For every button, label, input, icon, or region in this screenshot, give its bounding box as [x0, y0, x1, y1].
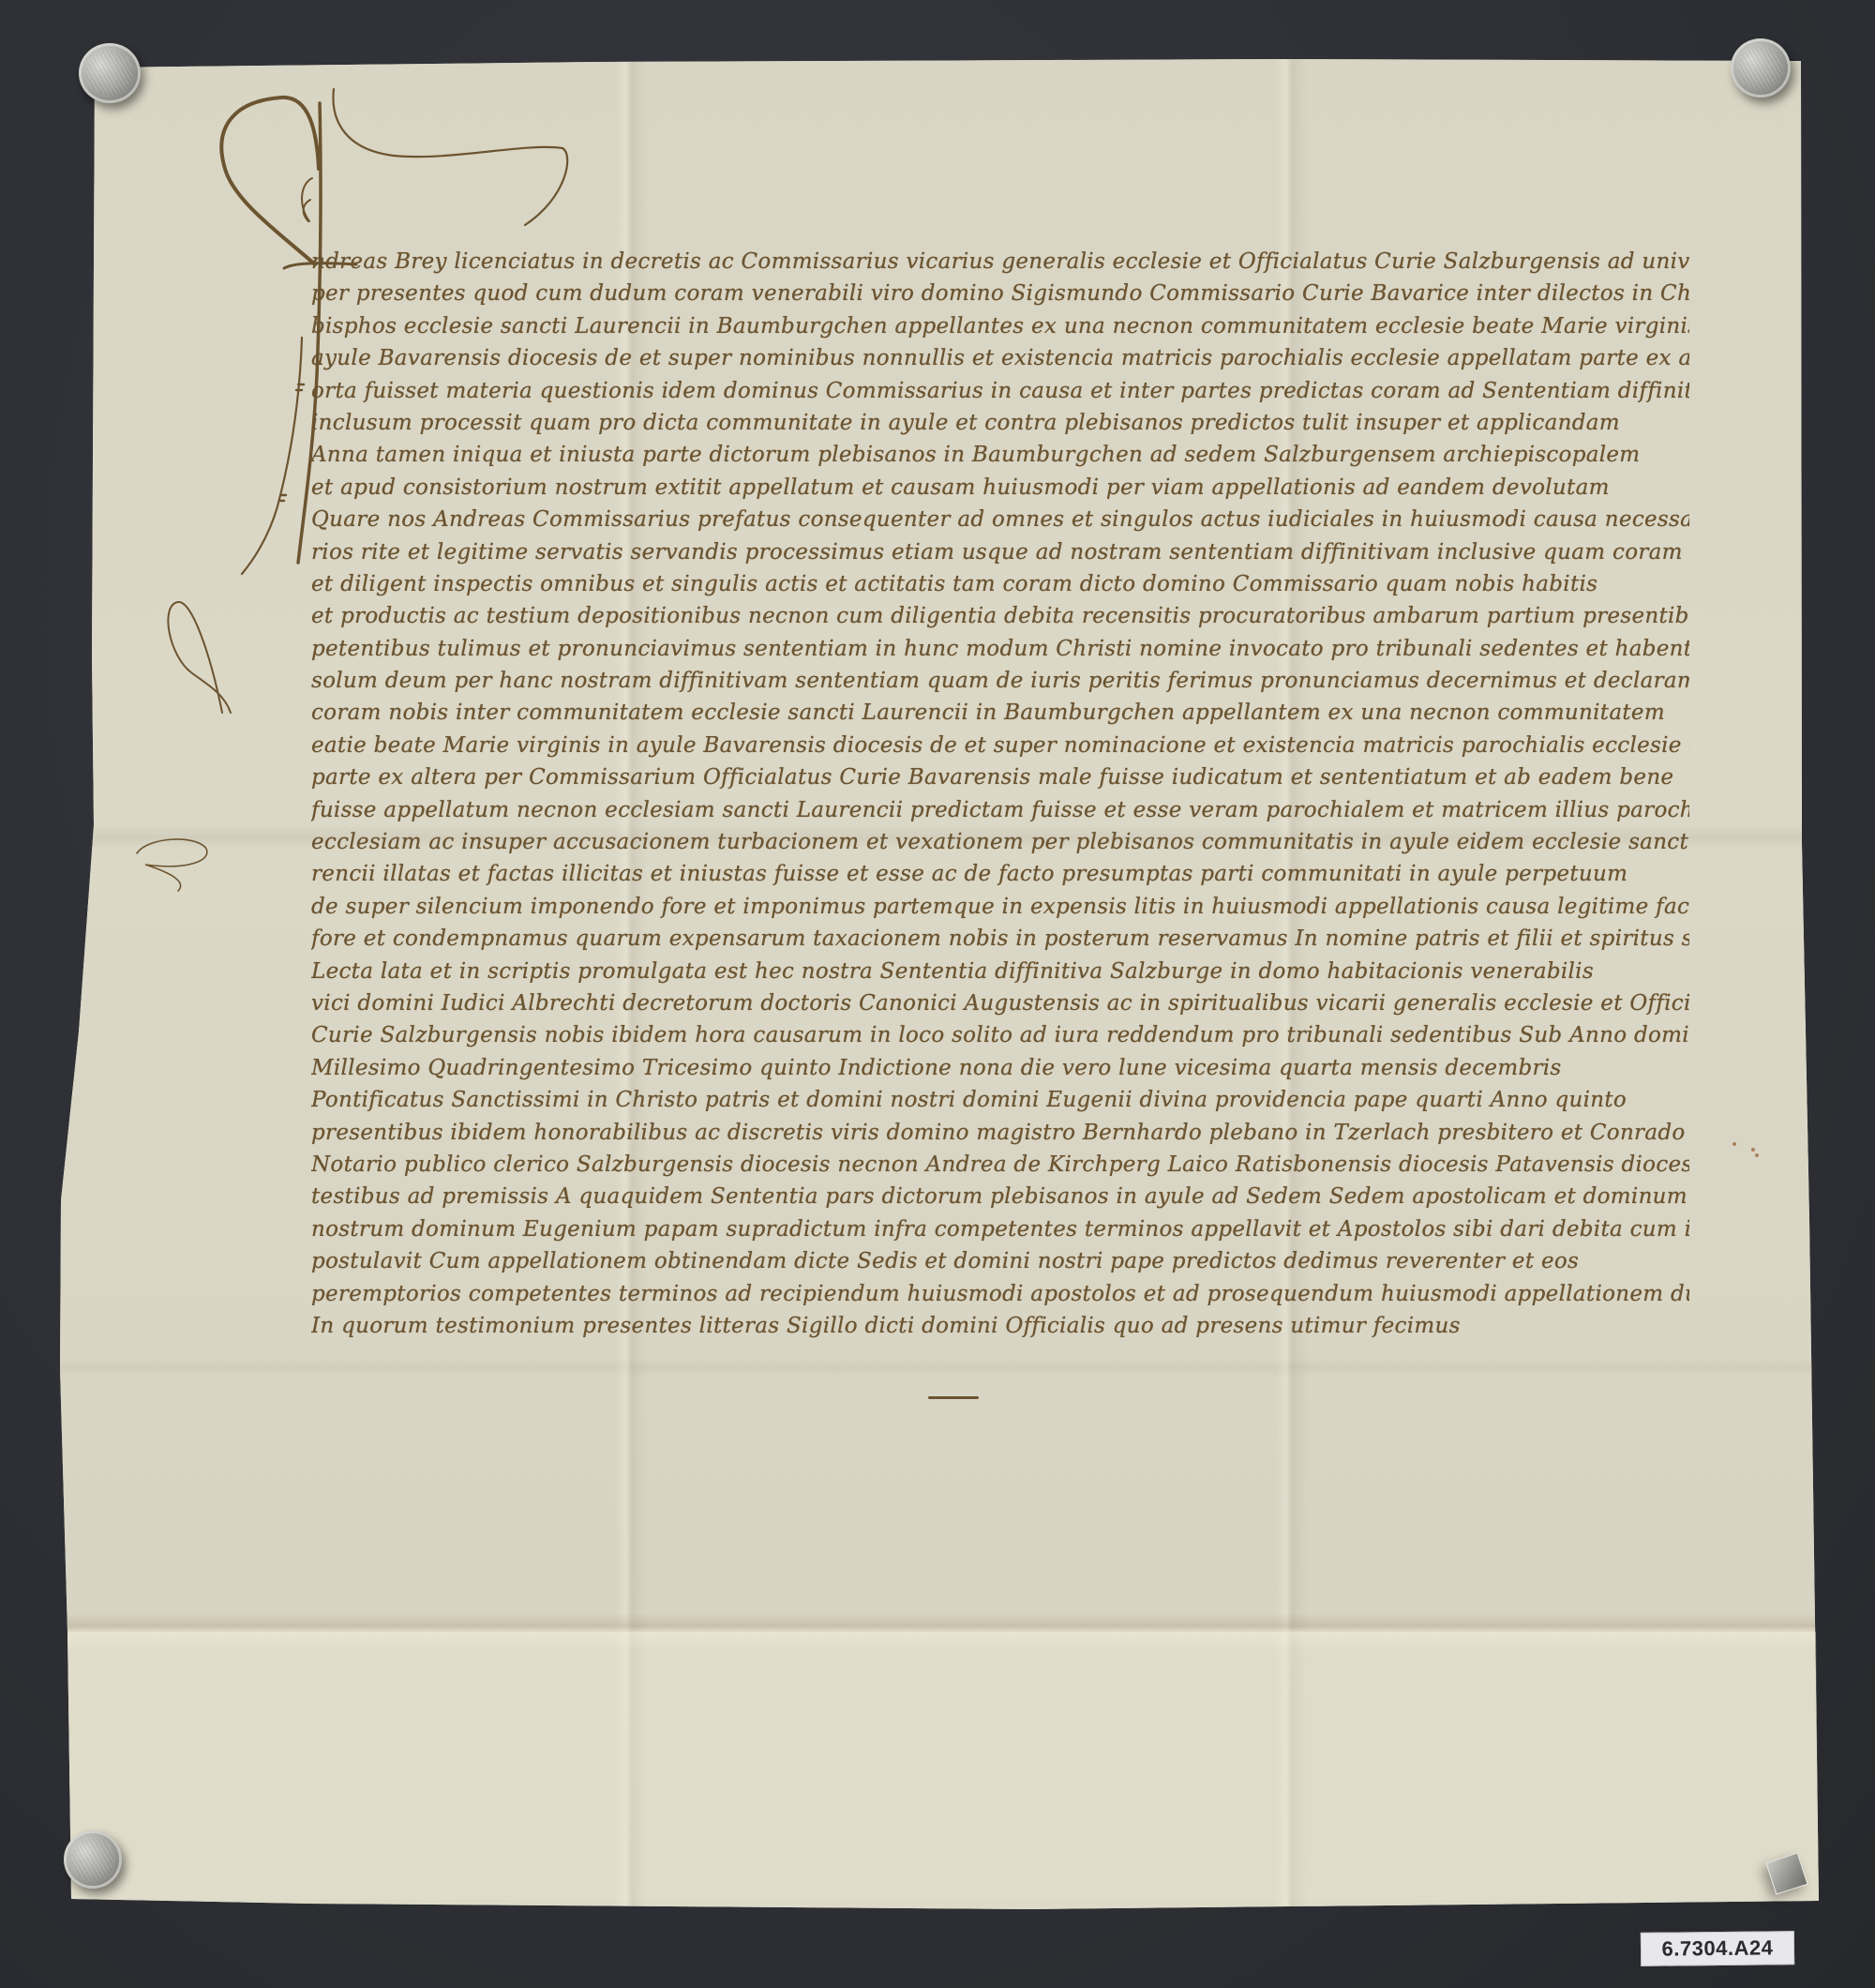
text-line: nostrum dominum Eugenium papam supradict… — [311, 1213, 1689, 1245]
text-line: postulavit Cum appellationem obtinendam … — [311, 1245, 1689, 1277]
rust-spot — [1751, 1148, 1755, 1152]
mounting-magnet-top-left — [79, 43, 141, 103]
text-line: eatie beate Marie virginis in ayule Bava… — [311, 730, 1689, 761]
text-line: Notario publico clerico Salzburgensis di… — [311, 1149, 1689, 1181]
folded-lower-flap — [0, 1632, 1875, 1913]
text-line: Curie Salzburgensis nobis ibidem hora ca… — [311, 1019, 1689, 1051]
text-line: rencii illatas et factas illicitas et in… — [311, 858, 1689, 890]
text-line: inclusum processit quam pro dicta commun… — [311, 407, 1689, 439]
text-line: coram nobis inter communitatem ecclesie … — [311, 697, 1689, 729]
rust-spot — [1732, 1142, 1736, 1146]
text-line: Millesimo Quadringentesimo Tricesimo qui… — [311, 1052, 1689, 1084]
text-line: ndreas Brey licenciatus in decretis ac C… — [311, 246, 1689, 278]
text-line: Anna tamen iniqua et iniusta parte dicto… — [311, 439, 1689, 471]
mounting-magnet-top-right — [1731, 38, 1791, 98]
text-line: bisphos ecclesie sancti Laurencii in Bau… — [311, 310, 1689, 342]
text-line: testibus ad premissis A quaquidem Senten… — [311, 1181, 1689, 1212]
text-line: petentibus tulimus et pronunciavimus sen… — [311, 633, 1689, 665]
text-line: et productis ac testium depositionibus n… — [311, 600, 1689, 632]
text-line: solum deum per hanc nostram diffinitivam… — [311, 665, 1689, 697]
rust-spot — [1755, 1153, 1759, 1157]
text-line: Lecta lata et in scriptis promulgata est… — [311, 956, 1689, 987]
mounting-magnet-bottom-left — [64, 1830, 122, 1889]
closing-dash-mark — [928, 1396, 979, 1399]
text-line: et apud consistorium nostrum extitit app… — [311, 472, 1689, 504]
text-line: rios rite et legitime servatis servandis… — [311, 536, 1689, 568]
text-line: In quorum testimonium presentes litteras… — [311, 1310, 1467, 1342]
text-line: ayule Bavarensis diocesis de et super no… — [311, 342, 1689, 374]
text-line: fore et condempnamus quarum expensarum t… — [311, 923, 1689, 955]
text-line: Quare nos Andreas Commissarius prefatus … — [311, 504, 1689, 535]
text-line: orta fuisset materia questionis idem dom… — [311, 375, 1689, 407]
text-line: fuisse appellatum necnon ecclesiam sanct… — [311, 794, 1689, 826]
catalog-label: 6.7304.A24 — [1641, 1931, 1794, 1966]
text-line: vici domini Iudici Albrechti decretorum … — [311, 987, 1689, 1019]
charter-text-body: ndreas Brey licenciatus in decretis ac C… — [311, 246, 1689, 1342]
text-line: parte ex altera per Commissarium Officia… — [311, 761, 1689, 793]
text-line: ecclesiam ac insuper accusacionem turbac… — [311, 826, 1689, 858]
text-line: peremptorios competentes terminos ad rec… — [311, 1278, 1689, 1310]
text-line: et diligent inspectis omnibus et singuli… — [311, 568, 1689, 600]
text-line: presentibus ibidem honorabilibus ac disc… — [311, 1117, 1689, 1149]
text-line: Pontificatus Sanctissimi in Christo patr… — [311, 1084, 1689, 1116]
text-line: de super silencium imponendo fore et imp… — [311, 891, 1689, 923]
text-line: per presentes quod cum dudum coram vener… — [311, 278, 1689, 309]
